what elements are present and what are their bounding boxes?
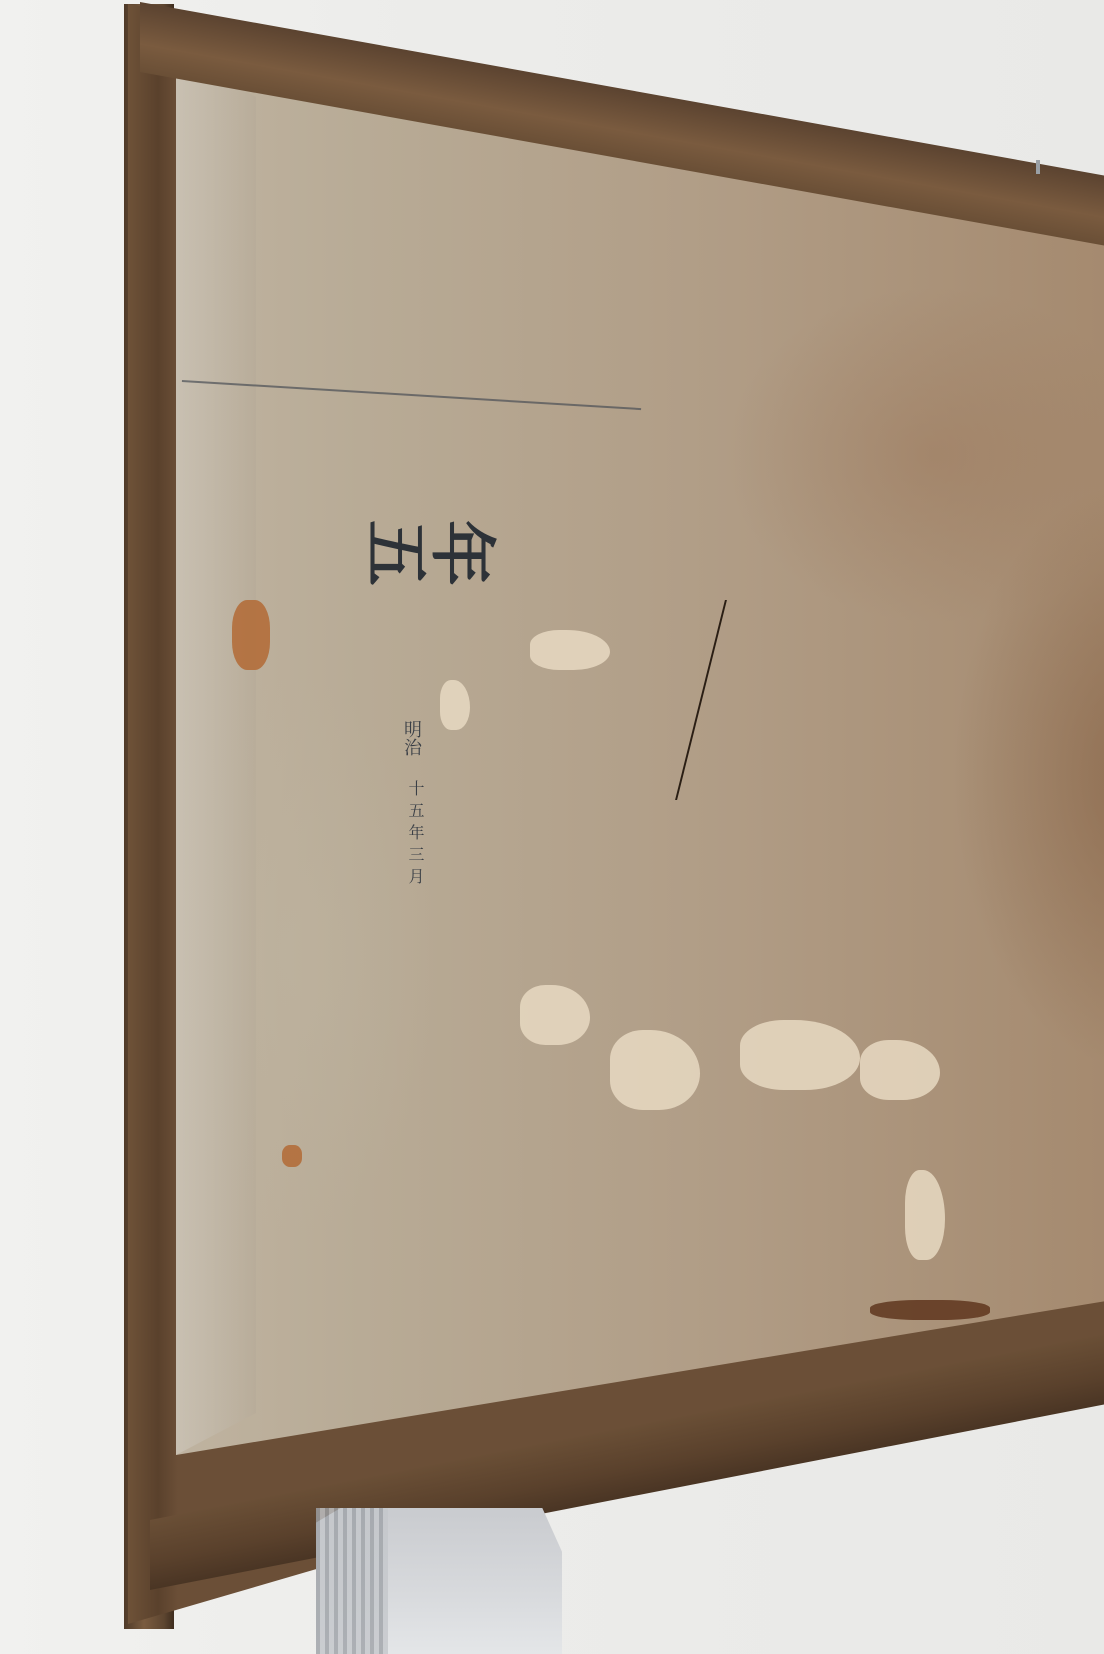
bracket-side-face xyxy=(316,1508,388,1654)
peel-damage xyxy=(530,630,610,670)
rust-stain xyxy=(870,1300,990,1320)
small-annotation: 明治 xyxy=(398,720,424,756)
paper-fold-edge xyxy=(176,55,256,1455)
column-text: 十五年三月 xyxy=(404,780,427,890)
rust-stain xyxy=(232,600,270,670)
rust-stain xyxy=(282,1145,302,1167)
large-calligraphy: 年 五 xyxy=(363,520,495,600)
wall-hook xyxy=(1036,160,1040,174)
peel-damage xyxy=(440,680,470,730)
